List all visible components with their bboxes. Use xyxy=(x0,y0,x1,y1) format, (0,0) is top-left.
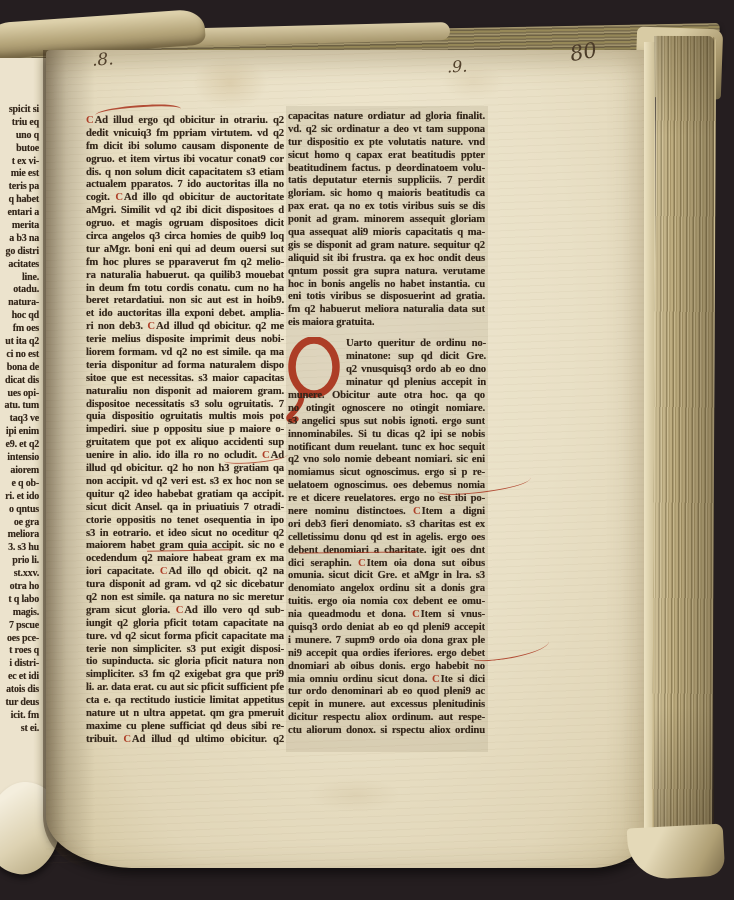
text-line: uno q xyxy=(0,130,41,143)
text-line: aliquid sit ibi frustra. qa ex hoc ondit… xyxy=(288,252,485,265)
text-line: acitates xyxy=(0,259,41,272)
text-line: quisq3 ordo deniat ab eo qd pleni9 accep… xyxy=(288,621,485,634)
text-line: qua assequat ali9 mioris capacitatis q m… xyxy=(288,226,485,239)
text-line: go distri xyxy=(0,246,41,259)
text-line: li. ar. data erat. cu aut sic pficit suf… xyxy=(86,681,284,694)
text-line: no otingit ognoscere no otingit nomiare. xyxy=(288,402,485,415)
text-line: teria disponitur ad forma naturalem disp… xyxy=(86,359,284,372)
text-line: ec et idi xyxy=(0,671,41,684)
text-line: maxime cu plene sufficiat qd deus sibi r… xyxy=(86,720,284,733)
text-line: tatis deputatur eternis suppliciis. 7 pe… xyxy=(288,174,485,187)
text-line: sicut dicit Ansel. qa in priuatiuis 7 ot… xyxy=(86,501,284,514)
text-line: iungit q2 gloria pficit totam capacitate… xyxy=(86,617,284,630)
text-line: st.xxv. xyxy=(0,568,41,581)
text-line: quia dispositio ogruitatis multis mois p… xyxy=(86,410,284,423)
text-line: munere. Obicitur aute otra hoc. qa qo xyxy=(288,389,485,402)
paragraph-mark: C xyxy=(413,505,421,517)
text-line: nia queadmodu et dona. CItem si vnus- xyxy=(288,608,485,621)
text-line: mia omniu ordinu sicut dona. CIte si dic… xyxy=(288,673,485,686)
text-line: gloriam. sic homo q maioris beatitudis c… xyxy=(288,187,485,200)
text-line: ci no est xyxy=(0,349,41,362)
text-line: simpliciter. s3 fm q2 exigebat gra que p… xyxy=(86,668,284,681)
text-line: dici seraphin. CItem oia dona sut oibus xyxy=(288,557,485,570)
text-line: hoc in bonis angelis no habet instantia.… xyxy=(288,278,485,291)
text-line: ctu aliorum donox. si rspectu aliox ordi… xyxy=(288,724,485,737)
right-text-column-top: capacitas nature ordiatur ad gloria fina… xyxy=(288,110,485,329)
text-line: icit. fm xyxy=(0,710,41,723)
text-line: ni9 accepit qua ordies iferiores. ergo d… xyxy=(288,647,485,660)
text-line: ri. et ido xyxy=(0,491,41,504)
text-line: entari a xyxy=(0,207,41,220)
text-line: dnomiari ab oibus donis. ergo habebit no xyxy=(288,660,485,673)
text-line: spicit si xyxy=(0,104,41,117)
text-line: hoc qd xyxy=(0,310,41,323)
text-line: dedit vnicuiq3 fm ppriam virtutem. vd q2 xyxy=(86,127,284,140)
text-line: prio li. xyxy=(0,555,41,568)
text-line: gis se disponit ad gram nature. sequitur… xyxy=(288,239,485,252)
text-line: iori capacitate. CAd illo qd obicit. q2 … xyxy=(86,565,284,578)
text-line: actualem pparatos. 7 ido auctoritas illa… xyxy=(86,178,284,191)
text-line: illud qd obicitur. q2 ho non h3 gratiam … xyxy=(86,462,284,475)
text-line: denomiato angelox ordinu sit a donis gra xyxy=(288,582,485,595)
text-line: nere nominu distinctoes. CItem a digni xyxy=(288,505,485,518)
text-line: q2 vno solo nomie debeant nomiari. sic e… xyxy=(288,453,485,466)
text-line: Uarto queritur de ordinu no- xyxy=(346,337,486,350)
quire-signature-right: .9. xyxy=(447,56,468,76)
text-line: ut ita q2 xyxy=(0,336,41,349)
text-line: sitoe que est necessitas. s3 maior capac… xyxy=(86,372,284,385)
text-line: t q labo xyxy=(0,594,41,607)
text-line: vd. q2 sic ordinatur a deo vt tam suppon… xyxy=(288,123,485,136)
paragraph-mark: C xyxy=(358,557,366,569)
photo-background: { "page": { "signature_left": ".8.", "si… xyxy=(0,0,734,900)
text-line: ues opi- xyxy=(0,388,41,401)
text-line: tuitis. ergo oia nomia cox debent ee omu… xyxy=(288,595,485,608)
text-line: non accipit. vd q2 veri est. s3 ex hoc n… xyxy=(86,475,284,488)
text-line: i munere. 7 supm9 ordo oia dona grax ple xyxy=(288,634,485,647)
text-line: fm q2 habuerut meliora naturalia data su… xyxy=(288,303,485,316)
text-line: 7 pscue xyxy=(0,620,41,633)
previous-page-text-fragments: spicit sitriu equno qbutoet ex vi-mie es… xyxy=(0,104,41,736)
text-line: fm dicit ibi solumo causam disponente de xyxy=(86,140,284,153)
text-line: q2 non est simile. qa natura no sic mere… xyxy=(86,591,284,604)
text-line: circa angelos q3 circa homies de quib9 l… xyxy=(86,230,284,243)
right-text-column-indented: Uarto queritur de ordinu no-minatone: su… xyxy=(346,337,486,389)
text-line: terie melius disposite imprimit deus nob… xyxy=(86,333,284,346)
text-line: dispositoe necessitatis s3 solu ogruitat… xyxy=(86,398,284,411)
paragraph-mark: C xyxy=(123,733,131,745)
text-line: t ex vi- xyxy=(0,156,41,169)
paragraph-mark: C xyxy=(147,320,155,332)
text-line: sicut homo q capax erat beatitudis ppter xyxy=(288,149,485,162)
text-line: dis. q non solum dicit capacitatem s3 et… xyxy=(86,166,284,179)
paragraph-mark: C xyxy=(432,673,440,685)
text-line: fm hoc plures se pparaverut fm q2 melio- xyxy=(86,256,284,269)
text-line: s3 in eotrario. et ideo sicut no oceditu… xyxy=(86,527,284,540)
paragraph-mark: C xyxy=(176,604,184,616)
text-line: oe gra xyxy=(0,517,41,530)
paper-stain xyxy=(428,56,518,108)
text-line: capacitas nature ordiatur ad gloria fina… xyxy=(288,110,485,123)
text-line: atu. tum xyxy=(0,400,41,413)
text-line: i distri- xyxy=(0,658,41,671)
text-line: dicat dis xyxy=(0,375,41,388)
text-line: nomiamus sicut ognoscimus. ergo si p re- xyxy=(288,466,485,479)
text-line: 3. s3 hu xyxy=(0,542,41,555)
text-line: dicitur respectu aliox ordinum. aut resp… xyxy=(288,711,485,724)
text-line: e q ob- xyxy=(0,478,41,491)
text-line: natura- xyxy=(0,297,41,310)
text-line: eis maiora gratuita. xyxy=(288,316,485,329)
text-line: beatitudinem factus. p deordinatoem volu… xyxy=(288,162,485,175)
text-line: aiorem xyxy=(0,465,41,478)
text-line: t roes q xyxy=(0,645,41,658)
text-line: s3 angelici spus sut nobis ignoti. ergo … xyxy=(288,415,485,428)
paragraph-mark: C xyxy=(412,608,420,620)
text-line: tur ordo denominari ab eo quod pleni9 ac xyxy=(288,685,485,698)
text-line: line. xyxy=(0,272,41,285)
text-line: ori deb3 fieri denomiato. s3 charitas es… xyxy=(288,518,485,531)
text-line: innominabiles. Si tu dicas q2 ipi se nob… xyxy=(288,428,485,441)
text-line: merita xyxy=(0,220,41,233)
text-line: magis. xyxy=(0,607,41,620)
text-line: bona de xyxy=(0,362,41,375)
text-line: terie non simpliciter. s3 put exigit dis… xyxy=(86,643,284,656)
text-line: gruitatem que pot ex aliquo accidenti su… xyxy=(86,436,284,449)
text-line: e9. et q2 xyxy=(0,439,41,452)
text-line: tur dispositio ex pte volutatis nature. … xyxy=(288,136,485,149)
text-line: in deum fm totu cordis conatu. cum no ha xyxy=(86,282,284,295)
text-line: omunia. sicut dicit Gre. et aMgr in lra.… xyxy=(288,569,485,582)
text-line: st ei. xyxy=(0,723,41,736)
text-line: butoe xyxy=(0,143,41,156)
paper-stain xyxy=(178,46,282,120)
text-line: ture. vd q2 sicut forma pficit capacitat… xyxy=(86,630,284,643)
text-line: ogruo. et magis ogruam dispositoes dicit xyxy=(86,217,284,230)
text-line: qntum possit gra supra natura. verutame xyxy=(288,265,485,278)
page-corner-bottom-right xyxy=(627,824,726,881)
text-line: fm oes xyxy=(0,323,41,336)
paragraph-mark: C xyxy=(160,565,168,577)
text-line: beret retardatiui. non sic aut est in ho… xyxy=(86,294,284,307)
text-line: tribuit. CAd illud qd ultimo obicitur. q… xyxy=(86,733,284,746)
text-line: ogruo. et item virtus ibi vocatur conat9… xyxy=(86,153,284,166)
text-line: minatur qd plenius accepit in xyxy=(346,376,486,389)
text-line: pax erat. qa no ex totis viribus suis se… xyxy=(288,200,485,213)
paper-stain xyxy=(290,770,420,820)
text-line: ipi enim xyxy=(0,426,41,439)
text-line: mie est xyxy=(0,168,41,181)
text-line: nature ut n ultra appetat. qm gra pmerui… xyxy=(86,707,284,720)
text-line: cta e. qa rectitudo iusticie limitat app… xyxy=(86,694,284,707)
text-line: gram sicut gloria. CAd illo vero qd sub- xyxy=(86,604,284,617)
text-line: q habet xyxy=(0,194,41,207)
fore-edge-shading xyxy=(654,36,714,874)
quire-signature-left: .8. xyxy=(91,49,114,70)
text-line: o qntus xyxy=(0,504,41,517)
text-line: q2 vnusquisq3 ordo ab eo dno xyxy=(346,363,486,376)
text-line: otadu. xyxy=(0,284,41,297)
text-line: intensio xyxy=(0,452,41,465)
text-line: otra ho xyxy=(0,581,41,594)
text-line: atois dis xyxy=(0,684,41,697)
left-text-column: CAd illud ergo qd obicitur in otrariu. q… xyxy=(86,114,284,746)
text-line: eni totis viribus se disposuerint ad gra… xyxy=(288,290,485,303)
text-line: triu eq xyxy=(0,117,41,130)
text-line: ocedendum q2 maiore habeat gram ex ma xyxy=(86,552,284,565)
text-line: ri non deb3. CAd illud qd obicitur. q2 m… xyxy=(86,320,284,333)
text-line: quitur q2 ideo habebat gratiam qa accipi… xyxy=(86,488,284,501)
text-line: meliora xyxy=(0,529,41,542)
text-line: a b3 na xyxy=(0,233,41,246)
text-line: cogit. CAd illo qd obicitur de auctorita… xyxy=(86,191,284,204)
text-line: celletissimu donu qd est in agelis. ergo… xyxy=(288,531,485,544)
text-line: notificant dum reuelant. tunc ex hoc seq… xyxy=(288,441,485,454)
text-line: tur deus xyxy=(0,697,41,710)
text-line: ctorie oppositis no tenet osequentia in … xyxy=(86,514,284,527)
right-text-column-rest: munere. Obicitur aute otra hoc. qa qono … xyxy=(288,389,485,737)
text-line: CAd illud ergo qd obicitur in otrariu. q… xyxy=(86,114,284,127)
text-line: cepit in munere. aut excessus plenitudin… xyxy=(288,698,485,711)
folio-number: 80 xyxy=(568,38,598,66)
text-line: tura disponit ad gram. vd q2 sic dicebat… xyxy=(86,578,284,591)
text-line: aMgri. Similit vd q2 ibi dicit disposito… xyxy=(86,204,284,217)
text-line: naturaliu non disponit ad maiorem gram. xyxy=(86,385,284,398)
text-line: oes pce- xyxy=(0,633,41,646)
text-line: teris pa xyxy=(0,181,41,194)
paragraph-mark: C xyxy=(86,114,94,126)
text-line: impediri. siue p oppositu siue p maiore … xyxy=(86,423,284,436)
text-line: liorem formam. vd q2 no est simile. qa m… xyxy=(86,346,284,359)
text-line: minatone: sup qd dicit Gre. xyxy=(346,350,486,363)
text-line: taq3 ve xyxy=(0,413,41,426)
paragraph-mark: C xyxy=(115,191,123,203)
text-line: tur aMgr. boni eni qui ad deum ouersi su… xyxy=(86,243,284,256)
text-line: et ido auctoritas illa exponi debet. amp… xyxy=(86,307,284,320)
text-line: ra naturalia habuerut. qa quilib3 moueba… xyxy=(86,269,284,282)
text-line: tio supinducta. sic gloria pficit natura… xyxy=(86,655,284,668)
text-line: ponit ad gram. minorem assequit gloriam xyxy=(288,213,485,226)
